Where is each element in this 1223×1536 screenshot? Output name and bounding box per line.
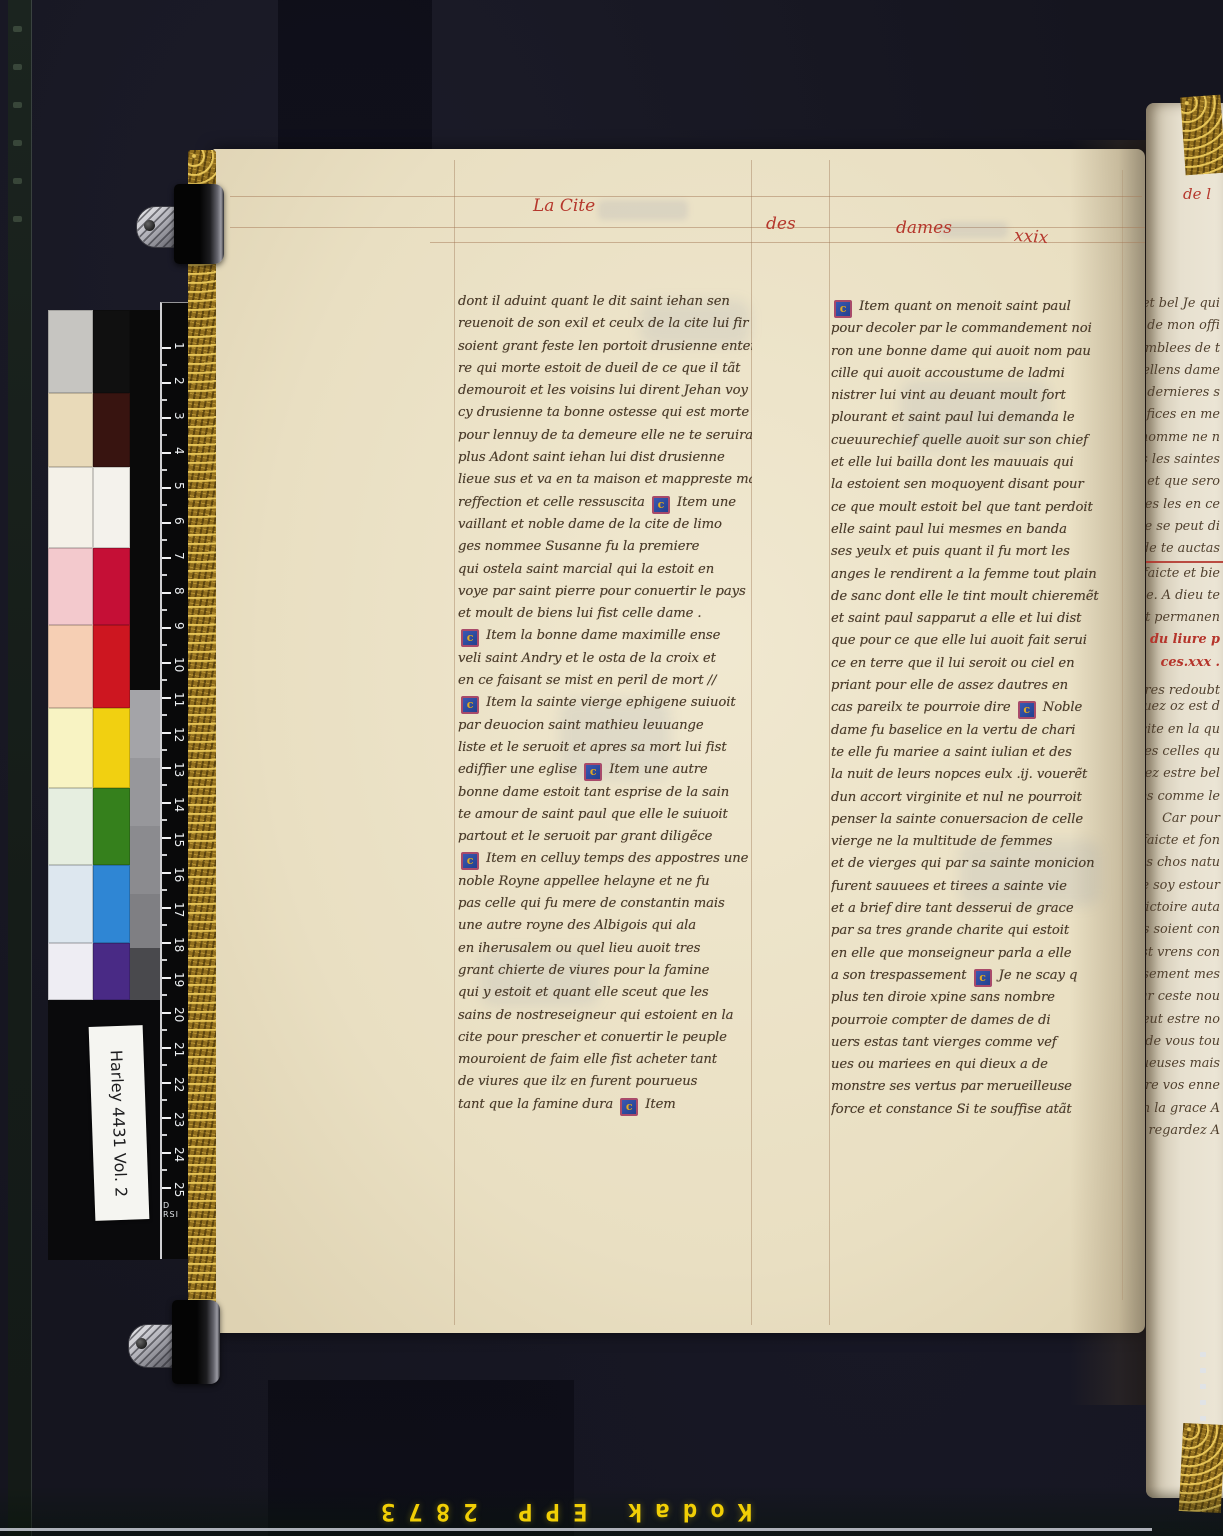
ruler-number: 4 (172, 447, 186, 463)
next-folio-line-text: on soit permanen (1146, 607, 1220, 629)
film-code-mark (13, 140, 22, 146)
manuscript-line: liste et le seruoit et apres sa mort lui… (458, 737, 752, 759)
manuscript-line: pourroie compter de dames de di (831, 1010, 1123, 1032)
color-swatch-outer (48, 788, 93, 865)
next-folio-line: excellens dame (1146, 360, 1223, 382)
ruler-half-tick (162, 1029, 167, 1031)
manuscript-line: c Item quant on menoit saint paul (831, 296, 1123, 318)
ruler-number: 21 (172, 1042, 186, 1058)
next-folio-line-text: Car pour (1162, 808, 1220, 830)
ruler-half-tick (162, 924, 167, 926)
ruler-half-tick (162, 1099, 167, 1101)
next-folio-line: ne cite en la qu (1146, 719, 1223, 741)
ruler-tick (162, 732, 171, 734)
next-folio-line: dames chos natu (1146, 852, 1223, 874)
manuscript-line: ues ou mariees en qui dieux a de (831, 1054, 1123, 1076)
manuscript-line: te amour de saint paul que elle le suiuo… (458, 804, 752, 826)
next-folio-line-text: re de te auctas (1146, 538, 1220, 560)
color-swatch-outer (48, 310, 93, 393)
manuscript-line: ce que moult estoit bel que tant perdoit (831, 497, 1123, 519)
manuscript-line: a son trespassement c Je ne scay q (831, 965, 1123, 987)
next-folio-line-text: e qui peut estre no (1146, 1009, 1220, 1031)
next-folio-line: au regardez A (1146, 1120, 1223, 1142)
color-swatch-inner (93, 943, 130, 1000)
next-folio-line-text: dames comme le (1146, 786, 1220, 808)
manuscript-line: soient grant feste len portoit drusienne… (458, 336, 752, 358)
ruler-tick (162, 592, 171, 594)
next-folio-line: tes dernieres s (1146, 382, 1223, 404)
ruler-half-tick (162, 434, 167, 436)
ruler-half-tick (162, 364, 167, 366)
manuscript-line: ges nommee Susanne fu la premiere (458, 536, 752, 558)
next-folio-line-text: t bien et bel Je qui (1146, 293, 1220, 315)
manuscript-line: lieue sus et va en ta maison et mapprest… (458, 469, 752, 491)
next-folio-line-text: os par ceste nou (1146, 986, 1220, 1008)
gilt-corner-top (1180, 95, 1223, 176)
next-folio-line-text: aly amblees de t (1146, 338, 1220, 360)
ruler-number: 10 (172, 657, 186, 673)
manuscript-line: priant pour elle de assez dautres en (831, 675, 1123, 697)
next-folio-line-text: fuite de vous tou (1146, 1031, 1220, 1053)
next-folio-line: are de mon offi (1146, 315, 1223, 337)
manuscript-line: en iherusalem ou quel lieu auoit tres (458, 938, 752, 960)
manuscript-line: ses yeulx et puis quant il fu mort les (831, 541, 1123, 563)
color-swatch-inner (93, 788, 130, 865)
photographic-surrogate: D RSI 1234567891011121314151617181920212… (0, 0, 1223, 1536)
manuscript-line: reuenoit de son exil et ceulx de la cite… (458, 313, 752, 335)
color-swatch-inner (93, 625, 130, 708)
next-folio-line-text: quelle se peut di (1146, 516, 1220, 538)
manuscript-line: et elle lui bailla dont les mauuais qui (831, 452, 1123, 474)
gray-wedge-step (130, 690, 160, 758)
film-speck (1200, 1368, 1206, 1373)
manuscript-line: noble Royne appellee helayne et ne fu (458, 871, 752, 893)
next-folio-line: onne. A dieu te (1146, 585, 1223, 607)
next-folio-line-text: rtueuses mais (1146, 1053, 1220, 1075)
manuscript-line: veli saint Andry et le osta de la croix … (458, 648, 752, 670)
ruler-number: 11 (172, 692, 186, 708)
ruling-line (829, 160, 830, 1325)
next-folio-line: os par ceste nou (1146, 986, 1223, 1008)
ruler-half-tick (162, 539, 167, 541)
manuscript-line: nistrer lui vint au deuant moult fort (831, 385, 1123, 407)
ruler-tick (162, 837, 171, 839)
ruler-half-tick (162, 399, 167, 401)
next-folio-line-text: ost vrens con (1146, 942, 1220, 964)
ruler-number: 18 (172, 937, 186, 953)
manuscript-line: monstre ses vertus par merueilleuse (831, 1076, 1123, 1098)
next-folio-line-text: omennes soient con (1146, 919, 1220, 941)
manuscript-line: tant que la famine dura c Item (458, 1094, 752, 1116)
ruler-number: 1 (172, 342, 186, 358)
next-folio-line: fin du liure p (1146, 629, 1223, 651)
film-speck (1200, 1416, 1206, 1421)
color-swatch-inner (93, 393, 130, 467)
manuscript-column-left: dont il aduint quant le dit saint iehan … (458, 291, 752, 1119)
film-code-mark (13, 102, 22, 108)
manuscript-line: te elle fu mariee a saint iulian et des (831, 742, 1123, 764)
next-folio-line: rtueuses mais (1146, 1053, 1223, 1075)
next-folio-line: on la grace A (1146, 1098, 1223, 1120)
film-code-mark (13, 178, 22, 184)
next-folio-line-text: au regardez A (1146, 1120, 1220, 1142)
color-swatch-inner (93, 548, 130, 625)
paraph-initial-icon: c (652, 496, 670, 514)
ruler-tick (162, 452, 171, 454)
ruler-tick (162, 627, 171, 629)
ruler-tick (162, 697, 171, 699)
manuscript-line: cy drusienne ta bonne ostesse qui est mo… (458, 402, 752, 424)
ruler-number: 25 (172, 1182, 186, 1198)
manuscript-line: cueuurechief quelle auoit sur son chief (831, 430, 1123, 452)
ruler-tick (162, 1082, 171, 1084)
color-swatch-outer (48, 548, 93, 625)
ruler-tick (162, 487, 171, 489)
ruler-tick (162, 1117, 171, 1119)
ruler-number: 16 (172, 867, 186, 883)
next-folio-line: Car pour (1146, 808, 1223, 830)
manuscript-line: et saint paul sapparut a elle et lui dis… (831, 608, 1123, 630)
next-folio-line-text: on la grace A (1146, 1098, 1220, 1120)
next-folio-line-text: prees les en ce (1146, 494, 1220, 516)
next-folio-line: ost vrens con (1146, 942, 1223, 964)
color-swatch-outer (48, 865, 93, 943)
ruler-half-tick (162, 469, 167, 471)
next-folio-line: es tres redoubt (1146, 674, 1223, 696)
paraph-initial-icon: c (584, 763, 602, 781)
manuscript-line: grant chierte de viures pour la famine (458, 960, 752, 982)
manuscript-line: dun accort virginite et nul ne pourroit (831, 787, 1123, 809)
manuscript-line: force et constance Si te souffise atãt (831, 1099, 1123, 1121)
manuscript-line: la nuit de leurs nopces eulx .ij. vouerẽ… (831, 764, 1123, 786)
paraph-initial-icon: c (1018, 701, 1036, 719)
running-header-folio-numeral: xxix (1013, 226, 1049, 248)
color-swatch-outer (48, 943, 93, 1000)
paraph-initial-icon: c (461, 629, 479, 647)
manuscript-line: anges le rendirent a la femme tout plain (831, 564, 1123, 586)
manuscript-line: en ce faisant se mist en peril de mort /… (458, 670, 752, 692)
manuscript-line: ron une bonne dame qui auoit nom pau (831, 341, 1123, 363)
ruler-tick (162, 347, 171, 349)
next-folio-line-text: ne cite en la qu (1146, 719, 1220, 741)
manuscript-line: cas pareilx te pourroie dire c Noble (831, 697, 1123, 719)
ruler-half-tick (162, 1064, 167, 1066)
manuscript-line: dame fu baselice en la vertu de chari (831, 720, 1123, 742)
next-folio-line: louez oz est d (1146, 696, 1223, 718)
ruler-half-tick (162, 504, 167, 506)
next-folio-line-text: a sont et que sero (1146, 471, 1220, 493)
ruler-number: 20 (172, 1007, 186, 1023)
color-swatch-outer (48, 467, 93, 548)
manuscript-line: c Item en celluy temps des appostres une (458, 848, 752, 870)
ruler-number: 24 (172, 1147, 186, 1163)
gray-wedge-step (130, 894, 160, 948)
gray-wedge-step (130, 758, 160, 826)
next-folio-line-text: dames chos natu (1146, 852, 1220, 874)
ruler-half-tick (162, 784, 167, 786)
manuscript-line: que pour ce que elle lui auoit fait seru… (831, 630, 1123, 652)
next-folio-header-fragment: de l (1183, 185, 1211, 203)
paraph-initial-icon: c (461, 696, 479, 714)
manuscript-line: par deuocion saint mathieu leuuange (458, 715, 752, 737)
ruler-half-tick (162, 714, 167, 716)
ruler-number: 3 (172, 412, 186, 428)
ruler-number: 15 (172, 832, 186, 848)
next-folio-line: ces.xxx . (1146, 652, 1223, 674)
manuscript-line: dont il aduint quant le dit saint iehan … (458, 291, 752, 313)
manuscript-line: furent sauuees et tirees a sainte vie (831, 876, 1123, 898)
ruler-number: 6 (172, 517, 186, 533)
scale-ruler: D RSI 1234567891011121314151617181920212… (160, 302, 188, 1259)
ruler-tick (162, 1187, 171, 1189)
manuscript-line: bonne dame estoit tant esprise de la sai… (458, 782, 752, 804)
next-folio-text-fragments: t bien et bel Je quiare de mon offialy a… (1146, 293, 1223, 1143)
ruler-half-tick (162, 994, 167, 996)
next-folio-line: edifices en me (1146, 404, 1223, 426)
next-folio-line: t bien et bel Je qui (1146, 293, 1223, 315)
gray-wedge-step (130, 948, 160, 1000)
manuscript-line: plus ten diroie xpine sans nombre (831, 987, 1123, 1009)
ruler-tick (162, 767, 171, 769)
ruler-half-tick (162, 959, 167, 961)
next-folio-line: e est faicte et fon (1146, 830, 1223, 852)
next-folio-line-text: ces.xxx . (1161, 652, 1220, 674)
gilt-page-edge (188, 150, 216, 1334)
ruler-number: 22 (172, 1077, 186, 1093)
ruler-tick (162, 417, 171, 419)
shelfmark-sticker: Harley 4431 Vol. 2 (89, 1025, 150, 1221)
next-folio-line-text: ne nomme ne n (1146, 427, 1220, 449)
ruler-number: 23 (172, 1112, 186, 1128)
film-code-mark (13, 216, 22, 222)
next-folio-line: e qui peut estre no (1146, 1009, 1223, 1031)
ruler-half-tick (162, 1169, 167, 1171)
ruler-number: 9 (172, 622, 186, 638)
manuscript-line: vaillant et noble dame de la cite de lim… (458, 514, 752, 536)
color-swatch-outer (48, 393, 93, 467)
next-folio-line: ur victoire auta (1146, 897, 1223, 919)
next-folio-line-text: y pouez estre bel (1146, 763, 1220, 785)
ruler-half-tick (162, 889, 167, 891)
binder-clip-bottom (172, 1300, 220, 1384)
manuscript-line: elle saint paul lui mesmes en banda (831, 519, 1123, 541)
film-edge-strip (8, 0, 32, 1536)
manuscript-line: sains de nostreseigneur qui estoient en … (458, 1005, 752, 1027)
manuscript-line: vierge ne la multitude de femmes (831, 831, 1123, 853)
running-header-title: La Cite (533, 196, 595, 216)
manuscript-line: partout et le seruoit par grant diligẽce (458, 826, 752, 848)
manuscript-line: pas celle qui fu mere de constantin mais (458, 893, 752, 915)
next-folio-line: ye bertueusement mes (1146, 964, 1223, 986)
next-folio-line: parfaicte et bie (1146, 563, 1223, 585)
ruler-tick (162, 1152, 171, 1154)
next-folio-line-text: onces les saintes (1146, 449, 1220, 471)
next-folio-line-text: s toutes celles qu (1146, 741, 1220, 763)
next-folio-line-text: edifices en me (1146, 404, 1220, 426)
shelfmark-sticker-label: Harley 4431 Vol. 2 (107, 1049, 131, 1197)
manuscript-line: c Item la bonne dame maximille ense (458, 625, 752, 647)
ruler-maker-label: D RSI (163, 1201, 188, 1219)
running-header-dames: dames (896, 218, 952, 238)
color-swatch-inner (93, 708, 130, 788)
next-folio-line-text: excellens dame (1146, 360, 1220, 382)
film-speck (1200, 1400, 1206, 1405)
next-folio-line-text: on de soy estour (1146, 875, 1220, 897)
paraph-initial-icon: c (620, 1098, 638, 1116)
manuscript-line: et moult de biens lui fist celle dame . (458, 603, 752, 625)
running-header-des: des (766, 214, 796, 234)
manuscript-line: c Item la sainte vierge ephigene suiuoit (458, 692, 752, 714)
next-folio-line: on soit permanen (1146, 607, 1223, 629)
ruler-tick (162, 662, 171, 664)
next-folio-line-text: ye bertueusement mes (1146, 964, 1220, 986)
paraph-initial-icon: c (834, 300, 852, 318)
manuscript-line: pour lennuy de ta demeure elle ne te ser… (458, 425, 752, 447)
manuscript-line: plus Adont saint iehan lui dist drusienn… (458, 447, 752, 469)
ruler-number: 13 (172, 762, 186, 778)
ruler-number: 14 (172, 797, 186, 813)
next-folio-line-text: onne. A dieu te (1146, 585, 1220, 607)
ruler-number: 17 (172, 902, 186, 918)
ruler-half-tick (162, 574, 167, 576)
ruler-tick (162, 977, 171, 979)
next-folio-line-text: louez oz est d (1146, 696, 1220, 718)
manuscript-line: qui ostela saint marcial qui la estoit e… (458, 559, 752, 581)
next-folio-line: fuite de vous tou (1146, 1031, 1223, 1053)
film-code-mark (13, 26, 22, 32)
manuscript-line: par sa tres grande charite qui estoit (831, 920, 1123, 942)
paraph-initial-icon: c (974, 969, 992, 987)
manuscript-line: de sanc dont elle le tint moult chieremẽ… (831, 586, 1123, 608)
ruler-tick (162, 1012, 171, 1014)
ruler-tick (162, 942, 171, 944)
manuscript-line: plourant et saint paul lui demanda le (831, 407, 1123, 429)
manuscript-line: cite pour prescher et conuertir le peupl… (458, 1027, 752, 1049)
manuscript-line: une autre royne des Albigois qui ala (458, 915, 752, 937)
next-folio-line: dames comme le (1146, 786, 1223, 808)
manuscript-line: ediffier une eglise c Item une autre (458, 759, 752, 781)
ruler-half-tick (162, 644, 167, 646)
gray-wedge-step (130, 310, 160, 690)
next-folio-line: omennes soient con (1146, 919, 1223, 941)
next-folio-line-text: parfaicte et bie (1146, 563, 1220, 585)
ink-offset-ghost (598, 200, 688, 220)
ruler-tick (162, 382, 171, 384)
film-speck (1200, 1384, 1206, 1389)
ruler-number: 7 (172, 552, 186, 568)
ruler-half-tick (162, 819, 167, 821)
gray-wedge-step (130, 826, 160, 894)
manuscript-line: ce en terre que il lui seroit ou ciel en (831, 653, 1123, 675)
next-folio-line: onces les saintes (1146, 449, 1223, 471)
manuscript-line: reffection et celle ressuscita c Item un… (458, 492, 752, 514)
felt-strap-top (278, 0, 432, 152)
manuscript-line: la estoient sen moquoyent disant pour (831, 474, 1123, 496)
ruling-line (454, 160, 455, 1325)
paraph-initial-icon: c (461, 852, 479, 870)
next-folio-line: de contre vos enne (1146, 1075, 1223, 1097)
next-folio-line-text: e est faicte et fon (1146, 830, 1220, 852)
next-folio-line-text: are de mon offi (1146, 315, 1220, 337)
next-folio-line: prees les en ce (1146, 494, 1223, 516)
ruler-half-tick (162, 749, 167, 751)
color-swatch-inner (93, 310, 130, 393)
manuscript-line: mouroient de faim elle fist acheter tant (458, 1049, 752, 1071)
next-folio-line: re de te auctas (1146, 538, 1223, 562)
next-folio-line-text: tes dernieres s (1146, 382, 1220, 404)
manuscript-line: de viures que ilz en furent pourueus (458, 1071, 752, 1093)
film-baseline (0, 1528, 1152, 1531)
ruler-half-tick (162, 1134, 167, 1136)
binder-clip-top (174, 184, 224, 264)
ruler-tick (162, 802, 171, 804)
ruler-tick (162, 522, 171, 524)
next-folio-line: s toutes celles qu (1146, 741, 1223, 763)
manuscript-line: re qui morte estoit de dueil de ce que i… (458, 358, 752, 380)
ruler-number: 5 (172, 482, 186, 498)
next-folio-line-text: ur victoire auta (1146, 897, 1220, 919)
film-speck (1200, 1352, 1206, 1357)
ruler-number: 12 (172, 727, 186, 743)
manuscript-line: voye par saint pierre pour conuertir le … (458, 581, 752, 603)
ruler-tick (162, 557, 171, 559)
next-folio-line: quelle se peut di (1146, 516, 1223, 538)
color-swatch-outer (48, 708, 93, 788)
manuscript-line: pour decoler par le commandement noi (831, 318, 1123, 340)
ruler-number: 19 (172, 972, 186, 988)
next-folio-line: ne nomme ne n (1146, 427, 1223, 449)
ruling-line (230, 196, 1142, 197)
manuscript-line: penser la sainte conuersacion de celle (831, 809, 1123, 831)
ruler-number: 8 (172, 587, 186, 603)
ruler-number: 2 (172, 377, 186, 393)
manuscript-column-right: c Item quant on menoit saint paulpour de… (831, 296, 1123, 1124)
next-folio-line: aly amblees de t (1146, 338, 1223, 360)
next-folio-line: on de soy estour (1146, 875, 1223, 897)
manuscript-line: et de vierges qui par sa sainte monicion (831, 853, 1123, 875)
ruler-tick (162, 907, 171, 909)
manuscript-line: et a brief dire tant desserui de grace (831, 898, 1123, 920)
color-swatch-inner (93, 467, 130, 548)
color-swatch-outer (48, 625, 93, 708)
manuscript-line: cille qui auoit accoustume de ladmi (831, 363, 1123, 385)
ruler-tick (162, 872, 171, 874)
ruler-half-tick (162, 609, 167, 611)
ruler-half-tick (162, 854, 167, 856)
ruler-tick (162, 1047, 171, 1049)
manuscript-line: uers estas tant vierges comme vef (831, 1032, 1123, 1054)
next-folio-line: y pouez estre bel (1146, 763, 1223, 785)
next-folio-line-text: fin du liure p (1146, 629, 1220, 651)
next-folio-line: a sont et que sero (1146, 471, 1223, 493)
color-swatch-inner (93, 865, 130, 943)
next-folio-line-text: de contre vos enne (1146, 1075, 1220, 1097)
film-code-mark (13, 64, 22, 70)
manuscript-line: demouroit et les voisins lui dirent Jeha… (458, 380, 752, 402)
film-edge-label: Kodak EPP 2873 (300, 1488, 820, 1526)
manuscript-line: qui y estoit et quant elle sceut que les (458, 982, 752, 1004)
ruler-half-tick (162, 679, 167, 681)
manuscript-line: en elle que monseigneur parla a elle (831, 943, 1123, 965)
